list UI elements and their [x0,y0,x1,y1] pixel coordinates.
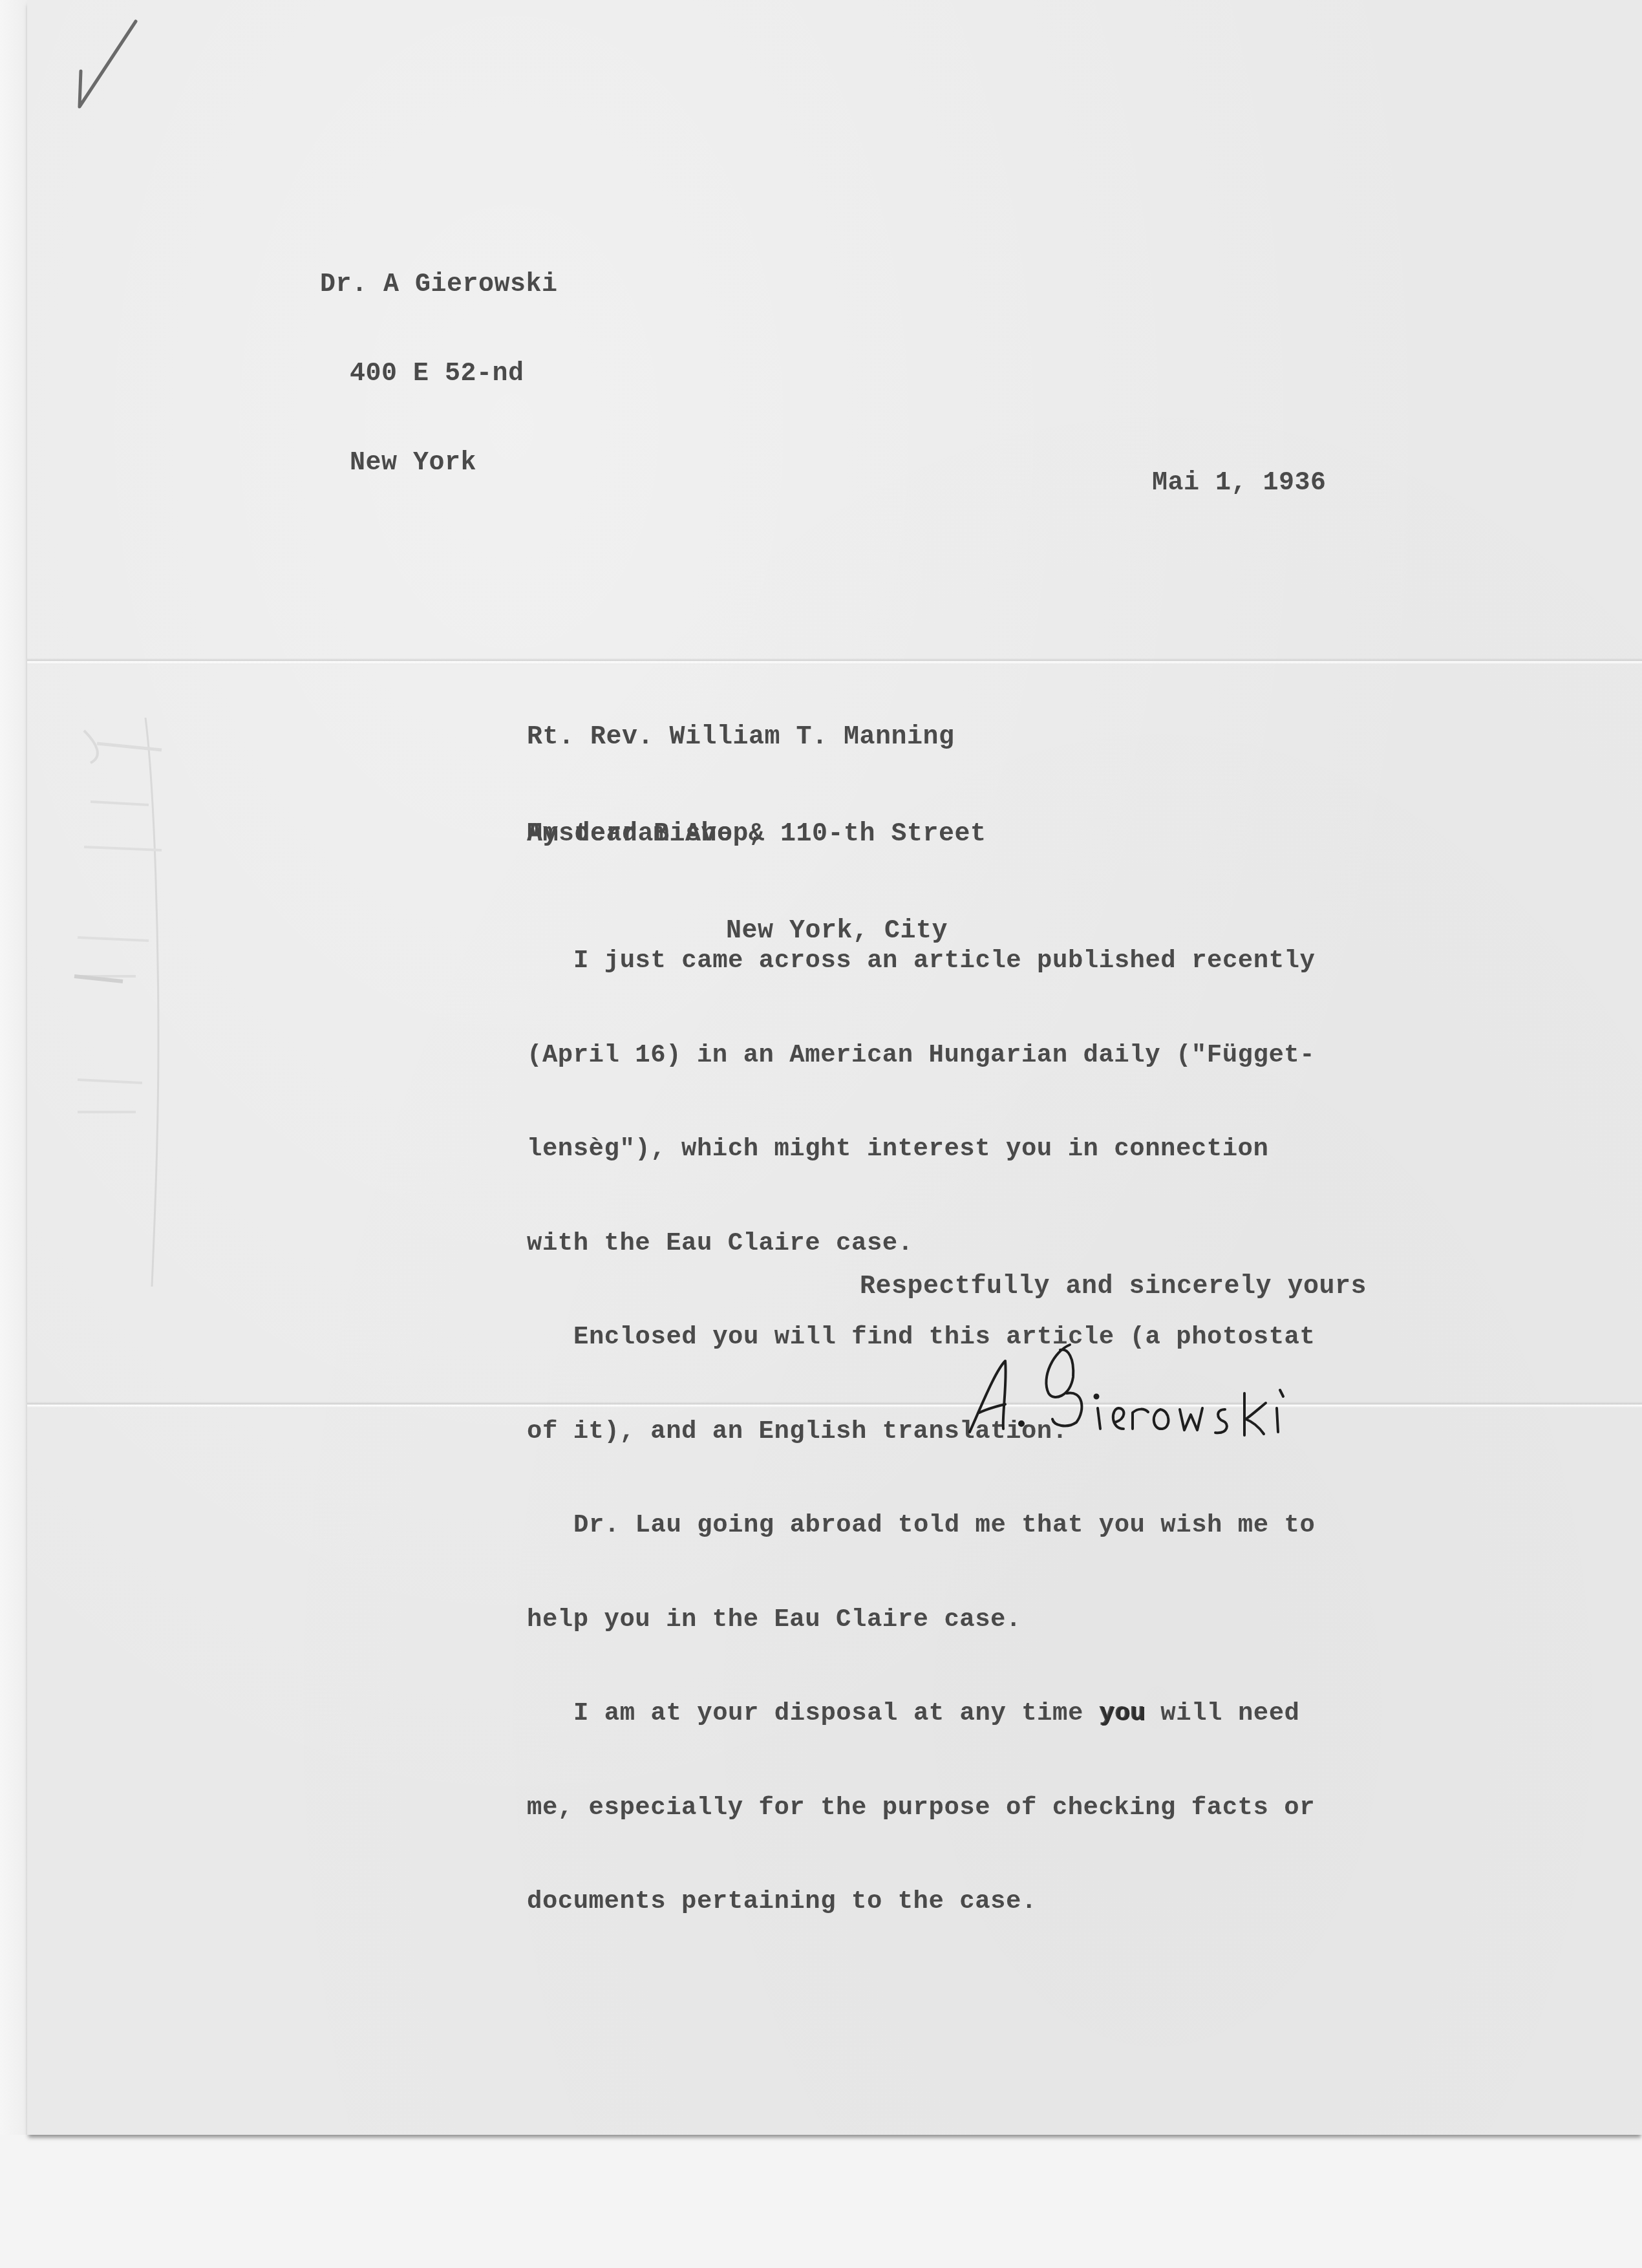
body-line: Dr. Lau going abroad told me that you wi… [527,1510,1315,1541]
body-text: I am at your disposal at any time [573,1699,1099,1728]
scanner-margin [0,0,27,2135]
body-line: me, especially for the purpose of checki… [527,1792,1315,1824]
overstruck-word: you [1099,1698,1146,1729]
check-mark-icon [74,16,145,113]
body-line: help you in the Eau Claire case. [527,1604,1315,1636]
sender-name: Dr. A Gierowski [320,270,558,300]
body-line: I am at your disposal at any time you wi… [527,1698,1315,1729]
body-text: will need [1145,1699,1299,1728]
recipient-name: Rt. Rev. William T. Manning [527,722,986,754]
body-line: lensèg"), which might interest you in co… [527,1133,1315,1165]
letter-date: Mai 1, 1936 [1152,469,1327,498]
sender-street: 400 E 52-nd [320,359,558,389]
show-through-marks [39,718,181,1287]
closing: Respectfully and sincerely yours [860,1272,1367,1302]
body-line: documents pertaining to the case. [527,1886,1315,1918]
sender-address: Dr. A Gierowski 400 E 52-nd New York [320,211,558,508]
salutation: My dear Bishop, [527,820,765,850]
handwritten-signature: A. Gierowski [957,1332,1370,1448]
body-line: with the Eau Claire case. [527,1228,1315,1259]
sender-city: New York [320,449,558,478]
body-line: (April 16) in an American Hungarian dail… [527,1040,1315,1071]
body-line: I just came across an article published … [527,945,1315,977]
